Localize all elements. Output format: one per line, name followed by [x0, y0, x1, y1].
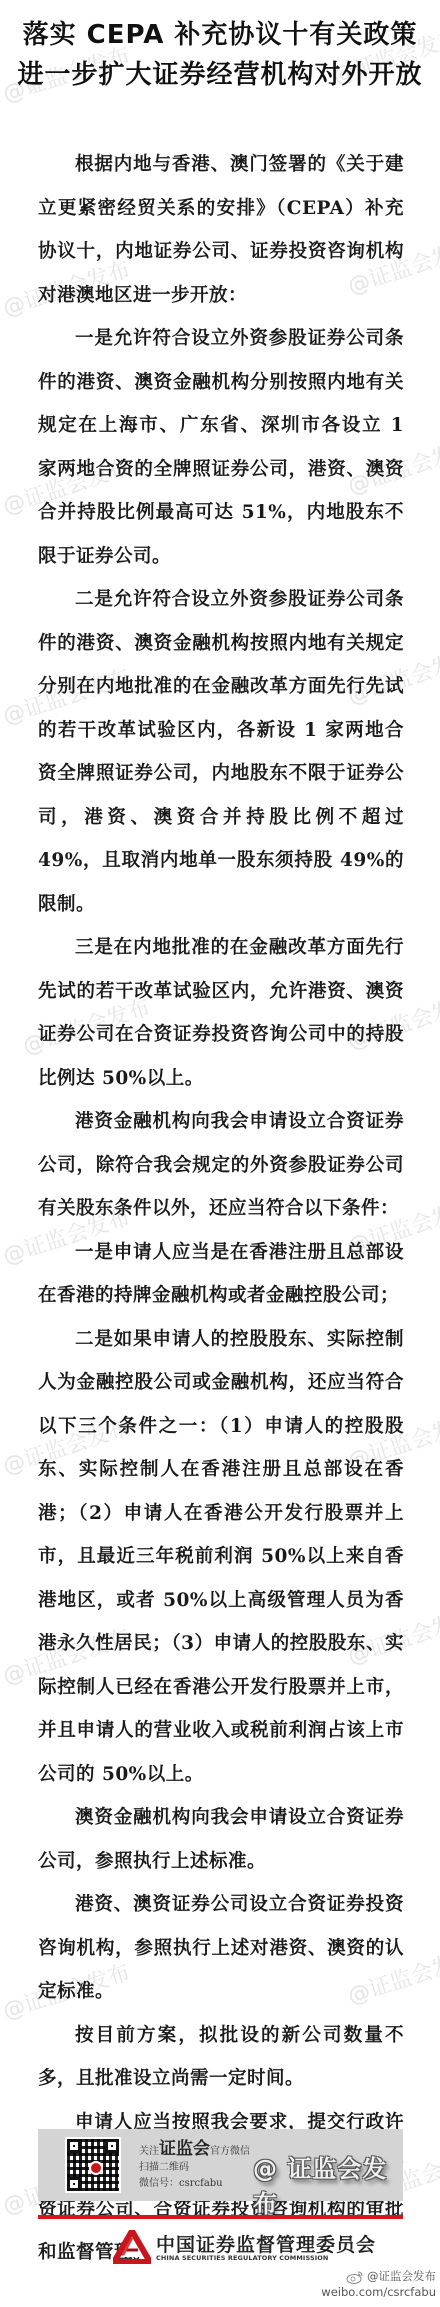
paragraph-plan: 按目前方案，拟批设的新公司数量不多，且批准设立尚需一定时间。 [38, 2014, 404, 2101]
document-title-line-1: 落实 CEPA 补充协议十有关政策 [0, 14, 440, 51]
banner-brand: 证监会 [159, 2139, 210, 2159]
banner-handle: @ 证监会发布 [253, 2149, 403, 2219]
paragraph-condition-1: 一是申请人应当是在香港注册且总部设在香港的持牌金融机构或者金融控股公司； [38, 1231, 404, 1318]
banner-scan-label: 扫描二维码 [139, 2160, 250, 2176]
banner-follow-suffix: 官方微信 [210, 2146, 250, 2157]
banner-text: 关注证监会官方微信 扫描二维码 微信号：csrcfabu [139, 2141, 250, 2192]
paragraph-hk-conditions-intro: 港资金融机构向我会申请设立合资证券公司，除符合我会规定的外资参股证券公司有关股东… [38, 1100, 404, 1231]
wechat-banner: 关注证监会官方微信 扫描二维码 微信号：csrcfabu @ 证监会发布 [38, 2129, 403, 2201]
weibo-attribution: @证监会发布 weibo.com/csrcfabu [321, 2268, 436, 2300]
document-title-line-2: 进一步扩大证券经营机构对外开放 [0, 54, 440, 91]
org-name-en: CHINA SECURITIES REGULATORY COMMISSION [156, 2254, 328, 2262]
weibo-url[interactable]: weibo.com/csrcfabu [321, 2284, 436, 2300]
banner-follow-prefix: 关注 [139, 2146, 159, 2157]
banner-wechat-id: 微信号：csrcfabu [139, 2176, 250, 2192]
paragraph-macau: 澳资金融机构向我会申请设立合资证券公司，参照执行上述标准。 [38, 1796, 404, 1883]
paragraph-measure-3: 三是在内地批准的在金融改革方面先行先试的若干改革试验区内，允许港资、澳资证券公司… [38, 926, 404, 1100]
paragraph-measure-2: 二是允许符合设立外资参股证券公司条件的港资、澳资金融机构按照内地有关规定分别在内… [38, 578, 404, 926]
footer-divider [38, 2215, 403, 2219]
qr-code-icon[interactable] [65, 2137, 121, 2193]
paragraph-intro: 根据内地与香港、澳门签署的《关于建立更紧密经贸关系的安排》（CEPA）补充协议十… [38, 143, 404, 317]
document-body: 根据内地与香港、澳门签署的《关于建立更紧密经贸关系的安排》（CEPA）补充协议十… [38, 143, 404, 2275]
csrc-emblem-icon [113, 2230, 151, 2264]
paragraph-measure-1: 一是允许符合设立外资参股证券公司条件的港资、澳资金融机构分别按照内地有关规定在上… [38, 317, 404, 578]
org-name-cn: 中国证券监督管理委员会 [156, 2230, 376, 2257]
weibo-handle: @证监会发布 [367, 2269, 436, 2283]
paragraph-condition-2: 二是如果申请人的控股股东、实际控制人为金融控股公司或金融机构，还应当符合以下三个… [38, 1318, 404, 1797]
weibo-icon [346, 2270, 364, 2284]
paragraph-advisory: 港资、澳资证券公司设立合资证券投资咨询机构，参照执行上述对港资、澳资的认定标准。 [38, 1883, 404, 2014]
